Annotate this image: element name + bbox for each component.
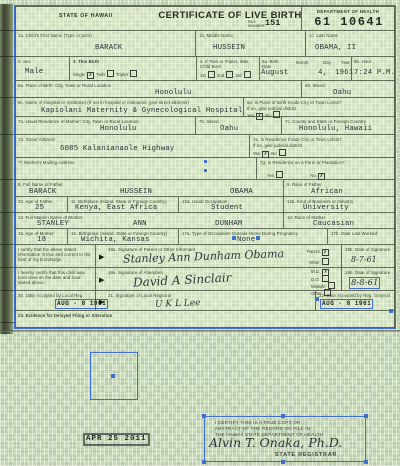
mother-middle-name: ANN: [133, 220, 147, 228]
father-industry: University: [303, 204, 349, 212]
divider: [195, 117, 196, 134]
divider: [259, 57, 260, 80]
annotation-handle: [364, 460, 368, 464]
state-registrar-title: STATE REGISTRAR: [275, 453, 337, 458]
attendant-certification-text: I hereby certify that this child was bor…: [18, 270, 92, 285]
divider: [283, 180, 284, 196]
ledger-line: [0, 56, 14, 57]
field-sublabel-7e: If no, give judicial district: [253, 143, 302, 148]
twin-checkbox: [107, 70, 114, 77]
field-label-1b: 1b. Middle Name: [199, 33, 233, 38]
field-label-1a: 1a. Child's First Name (Type or print): [18, 33, 92, 38]
yes-label: Yes: [253, 151, 260, 156]
birth-island: Oahu: [333, 89, 351, 97]
annotation-handle: [364, 414, 368, 418]
page-bottom-edge: [0, 330, 400, 332]
ledger-line: [0, 30, 14, 31]
row-father-name: 8. Full Name of Father BARACK HUSSEIN OB…: [15, 180, 395, 197]
field-label-7f: 7f. Mother's Mailing Address: [18, 160, 75, 165]
annotation-handle: [281, 414, 285, 418]
divider: [178, 229, 179, 244]
yes-label: Yes: [267, 173, 274, 178]
street-address: 6085 Kalanianaole Highway: [60, 145, 174, 153]
field-label-6d: 6d. Is Place of Birth Inside City or Tow…: [247, 100, 367, 105]
field-label-7e: 7e. Is Residence Inside City or Town Lim…: [253, 137, 383, 142]
other-checkbox-row: Other: [309, 258, 330, 265]
divider: [249, 135, 250, 157]
divider: [195, 31, 196, 56]
certification-line1: I CERTIFY THIS IS A TRUE COPY OR: [215, 420, 301, 425]
divider: [327, 229, 328, 244]
mother-age: 18: [37, 236, 46, 244]
residence-city: Honolulu: [100, 125, 137, 133]
farm-checkboxes: Yes No✗: [267, 171, 326, 179]
divider: [281, 117, 282, 134]
md-label: M.D.: [311, 269, 320, 274]
day-label: Day: [323, 60, 331, 65]
row-residence: 7a. Usual Residence of Mother: City, Tow…: [15, 117, 395, 135]
month-label: Month: [296, 60, 308, 65]
annotation-handle: [202, 460, 206, 464]
ledger-line: [0, 179, 14, 180]
field-label-2: 2. Sex: [18, 59, 31, 64]
first-label: 1st: [200, 73, 206, 78]
divider: [341, 268, 342, 290]
form-header-row: STATE OF HAWAII CERTIFICATE OF LIVE BIRT…: [15, 6, 395, 31]
field-label-6a: 6a. Place of Birth: City, Town or Rural …: [18, 83, 111, 88]
parent-checkbox: ✗: [322, 249, 329, 256]
do-checkbox: [322, 275, 329, 282]
divider: [243, 98, 244, 116]
page-binding-edge: [0, 4, 13, 334]
midwife-checkbox: [328, 282, 335, 289]
birth-city: Honolulu: [155, 89, 192, 97]
divider: [67, 197, 68, 212]
state-registrar-signature: Alvin T. Onaka, Ph.D.: [209, 435, 342, 450]
arrow-icon: ▶: [99, 299, 104, 306]
other-label: Other: [309, 260, 320, 265]
certificate-form: STATE OF HAWAII CERTIFICATE OF LIVE BIRT…: [14, 5, 396, 329]
ledger-line: [0, 267, 14, 268]
single-checkbox: ✗: [87, 72, 94, 79]
no-label: No: [271, 151, 277, 156]
certification-stamp-box: I CERTIFY THIS IS A TRUE COPY OR ABSTRAC…: [204, 416, 366, 462]
parent-checkbox-row: Parent✗: [307, 249, 330, 255]
row-father-details: 10. Age of Father 25 11. Birthplace (Isl…: [15, 197, 395, 213]
row-child-name: 1a. Child's First Name (Type or print) B…: [15, 31, 395, 57]
ledger-line: [0, 212, 14, 213]
residence-island: Oahu: [220, 125, 238, 133]
mother-birthplace: Wichita, Kansas: [81, 236, 150, 244]
annotation-handle: [315, 297, 319, 301]
yes-checkbox: [276, 171, 283, 178]
field-label-7a: 7a. Usual Residence of Mother: City, Tow…: [18, 119, 139, 124]
father-age: 25: [35, 204, 44, 212]
single-label: Single: [73, 72, 85, 77]
annotation-dot: [111, 374, 115, 378]
divider: [305, 31, 306, 56]
row-mother-name: 13. Full Maiden Name of Mother STANLEY A…: [15, 213, 395, 229]
row-place-of-birth: 6a. Place of Birth: City, Town or Rural …: [15, 81, 395, 98]
father-last-name: OBAMA: [230, 188, 253, 196]
divider: [301, 6, 302, 30]
field-label-19b: 19b. Date of Signature: [345, 270, 390, 275]
field-label-7d: 7d. Street Address: [18, 137, 55, 142]
field-label-23: 23. Evidence for Delayed Filing or Alter…: [18, 313, 112, 318]
annotation-dot: [204, 169, 207, 172]
field-label-6c: 6c. Name of Hospital or Institution (If …: [18, 100, 189, 105]
registrar-general-date-stamp: AUG - 8 1961: [320, 299, 373, 309]
birth-month: August: [261, 69, 288, 77]
birth-order-checkboxes: 1st 2nd 3rd: [200, 71, 252, 78]
field-label-4: 4. If Twin or Triplet, Was Child Born: [200, 59, 256, 69]
triplet-label: Triplet: [116, 72, 128, 77]
row-mother-details: 15. Age of Mother 18 16. Birthplace (Isl…: [15, 229, 395, 245]
row-parent-signature: I certify that the above stated informat…: [15, 245, 395, 268]
third-checkbox: [244, 71, 251, 78]
annotation-handle: [202, 414, 206, 418]
ledger-line: [0, 134, 14, 135]
do-label: D.O.: [311, 277, 320, 282]
mother-occupation: None: [237, 236, 255, 244]
state-of-hawaii-label: STATE OF HAWAII: [59, 14, 113, 19]
certification-line2: ABSTRACT OF THE RECORD ON FILE IN: [215, 426, 310, 431]
local-registrar-signature: U K L Lee: [155, 298, 201, 310]
annotation-handle: [281, 460, 285, 464]
divider: [351, 57, 352, 80]
date-received-stamp: APR 25 2011: [83, 433, 150, 446]
attendant-signature-date: 8-8-61: [349, 277, 380, 289]
field-label-3: 3. This Birth: [73, 59, 99, 64]
parent-signature-date: 8-7-61: [351, 255, 377, 264]
divider: [178, 197, 179, 212]
row-hospital: 6c. Name of Hospital or Institution (If …: [15, 98, 395, 117]
field-label-6b: 6b. Island: [305, 83, 325, 88]
department-of-health-label: DEPARTMENT OF HEALTH: [303, 10, 393, 14]
row-sex-birthdate: 2. Sex Male 3. This Birth Single✗ Twin T…: [15, 57, 395, 81]
scanned-birth-certificate: STATE OF HAWAII CERTIFICATE OF LIVE BIRT…: [0, 0, 400, 466]
field-label-7b: 7b. Island: [199, 119, 219, 124]
mother-maiden-name: DUNHAM: [215, 220, 242, 228]
field-label-7g: 7g. Is Residence on a Farm or Plantation…: [260, 160, 390, 165]
divider: [95, 291, 96, 310]
parent-certification-text: I certify that the above stated informat…: [18, 247, 92, 262]
mother-race: Caucasian: [313, 220, 354, 228]
row-registrar: 20. Date Accepted by Local Reg. AUG - 8 …: [15, 291, 395, 311]
certificate-number: 61 10641: [305, 16, 393, 28]
divider: [256, 158, 257, 179]
ledger-line: [0, 322, 14, 323]
no-checkbox: [279, 149, 286, 156]
field-label-7c: 7c. County and State or Foreign Country: [285, 119, 391, 124]
field-label-18b: 18b. Date of Signature: [345, 247, 390, 252]
father-middle-name: HUSSEIN: [120, 188, 152, 196]
field-label-5a: 5a. Birth Date: [262, 59, 288, 69]
field-label-5b: 5b. Hour: [354, 59, 371, 64]
field-label-22: 22. Date Accepted by Reg. General: [319, 293, 393, 298]
residence-county: Honolulu, Hawaii: [299, 125, 372, 133]
divider: [196, 57, 197, 80]
hospital-name: Kapiolani Maternity & Gynecological Hosp…: [41, 107, 242, 115]
file-number-label: FILE NUMBER: [248, 20, 264, 28]
father-first-name: BARACK: [29, 188, 56, 196]
child-first-name: BARACK: [95, 44, 122, 52]
file-number-value: 151: [265, 19, 280, 28]
divider: [95, 245, 96, 267]
divider: [67, 229, 68, 244]
divider: [341, 245, 342, 267]
divider: [283, 213, 284, 228]
second-checkbox: [226, 71, 233, 78]
father-occupation: Student: [211, 204, 243, 212]
row-delayed-filing: 23. Evidence for Delayed Filing or Alter…: [15, 311, 395, 328]
child-last-name: OBAMA, II: [315, 44, 356, 52]
field-label-21: 21. Signature of Local Registrar: [108, 293, 172, 298]
child-middle-name: HUSSEIN: [213, 44, 245, 52]
birth-type-checkboxes: Single✗ Twin Triplet: [73, 70, 138, 78]
yes-checkbox: ✗: [262, 151, 269, 158]
divider: [95, 268, 96, 290]
field-label-9: 9. Race of Father: [287, 182, 322, 187]
third-label: 3rd: [235, 73, 241, 78]
field-label-8: 8. Full Name of Father: [18, 182, 63, 187]
annotation-dot: [204, 160, 207, 163]
field-label-17b: 17b. Date Last Worked: [331, 231, 377, 236]
ledger-line: [0, 244, 14, 245]
row-attendant-signature: I hereby certify that this child was bor…: [15, 268, 395, 291]
second-label: 2nd: [217, 73, 224, 78]
field-label-1c: 1c. Last Name: [309, 33, 338, 38]
divider: [301, 81, 302, 97]
residence-limits-checkboxes: Yes✗ No: [253, 149, 287, 157]
twin-label: Twin: [96, 72, 105, 77]
arrow-icon: ▶: [99, 254, 104, 261]
annotation-handle: [232, 236, 236, 240]
row-street-address: 7d. Street Address 6085 Kalanianaole Hig…: [15, 135, 395, 158]
birth-hour: 7:24 P.M.: [354, 69, 395, 77]
field-label-20: 20. Date Accepted by Local Reg.: [18, 293, 92, 298]
arrow-icon: ▶: [99, 277, 104, 284]
certificate-title: CERTIFICATE OF LIVE BIRTH: [155, 11, 305, 21]
father-birthplace: Kenya, East Africa: [75, 204, 157, 212]
divider: [69, 57, 70, 80]
no-label: No: [310, 173, 316, 178]
mother-first-name: STANLEY: [37, 220, 69, 228]
ledger-line: [0, 97, 14, 98]
sex-value: Male: [25, 68, 43, 76]
year-label: Year: [341, 60, 350, 65]
other-checkbox: [322, 258, 329, 265]
father-race: African: [311, 188, 343, 196]
triplet-checkbox: [130, 70, 137, 77]
annotation-handle: [256, 236, 260, 240]
no-checkbox: ✗: [318, 173, 325, 180]
first-checkbox: [208, 71, 215, 78]
parent-label: Parent: [307, 249, 320, 254]
birth-day: 4,: [318, 69, 327, 77]
ledger-line: [0, 290, 14, 291]
divider: [283, 197, 284, 212]
